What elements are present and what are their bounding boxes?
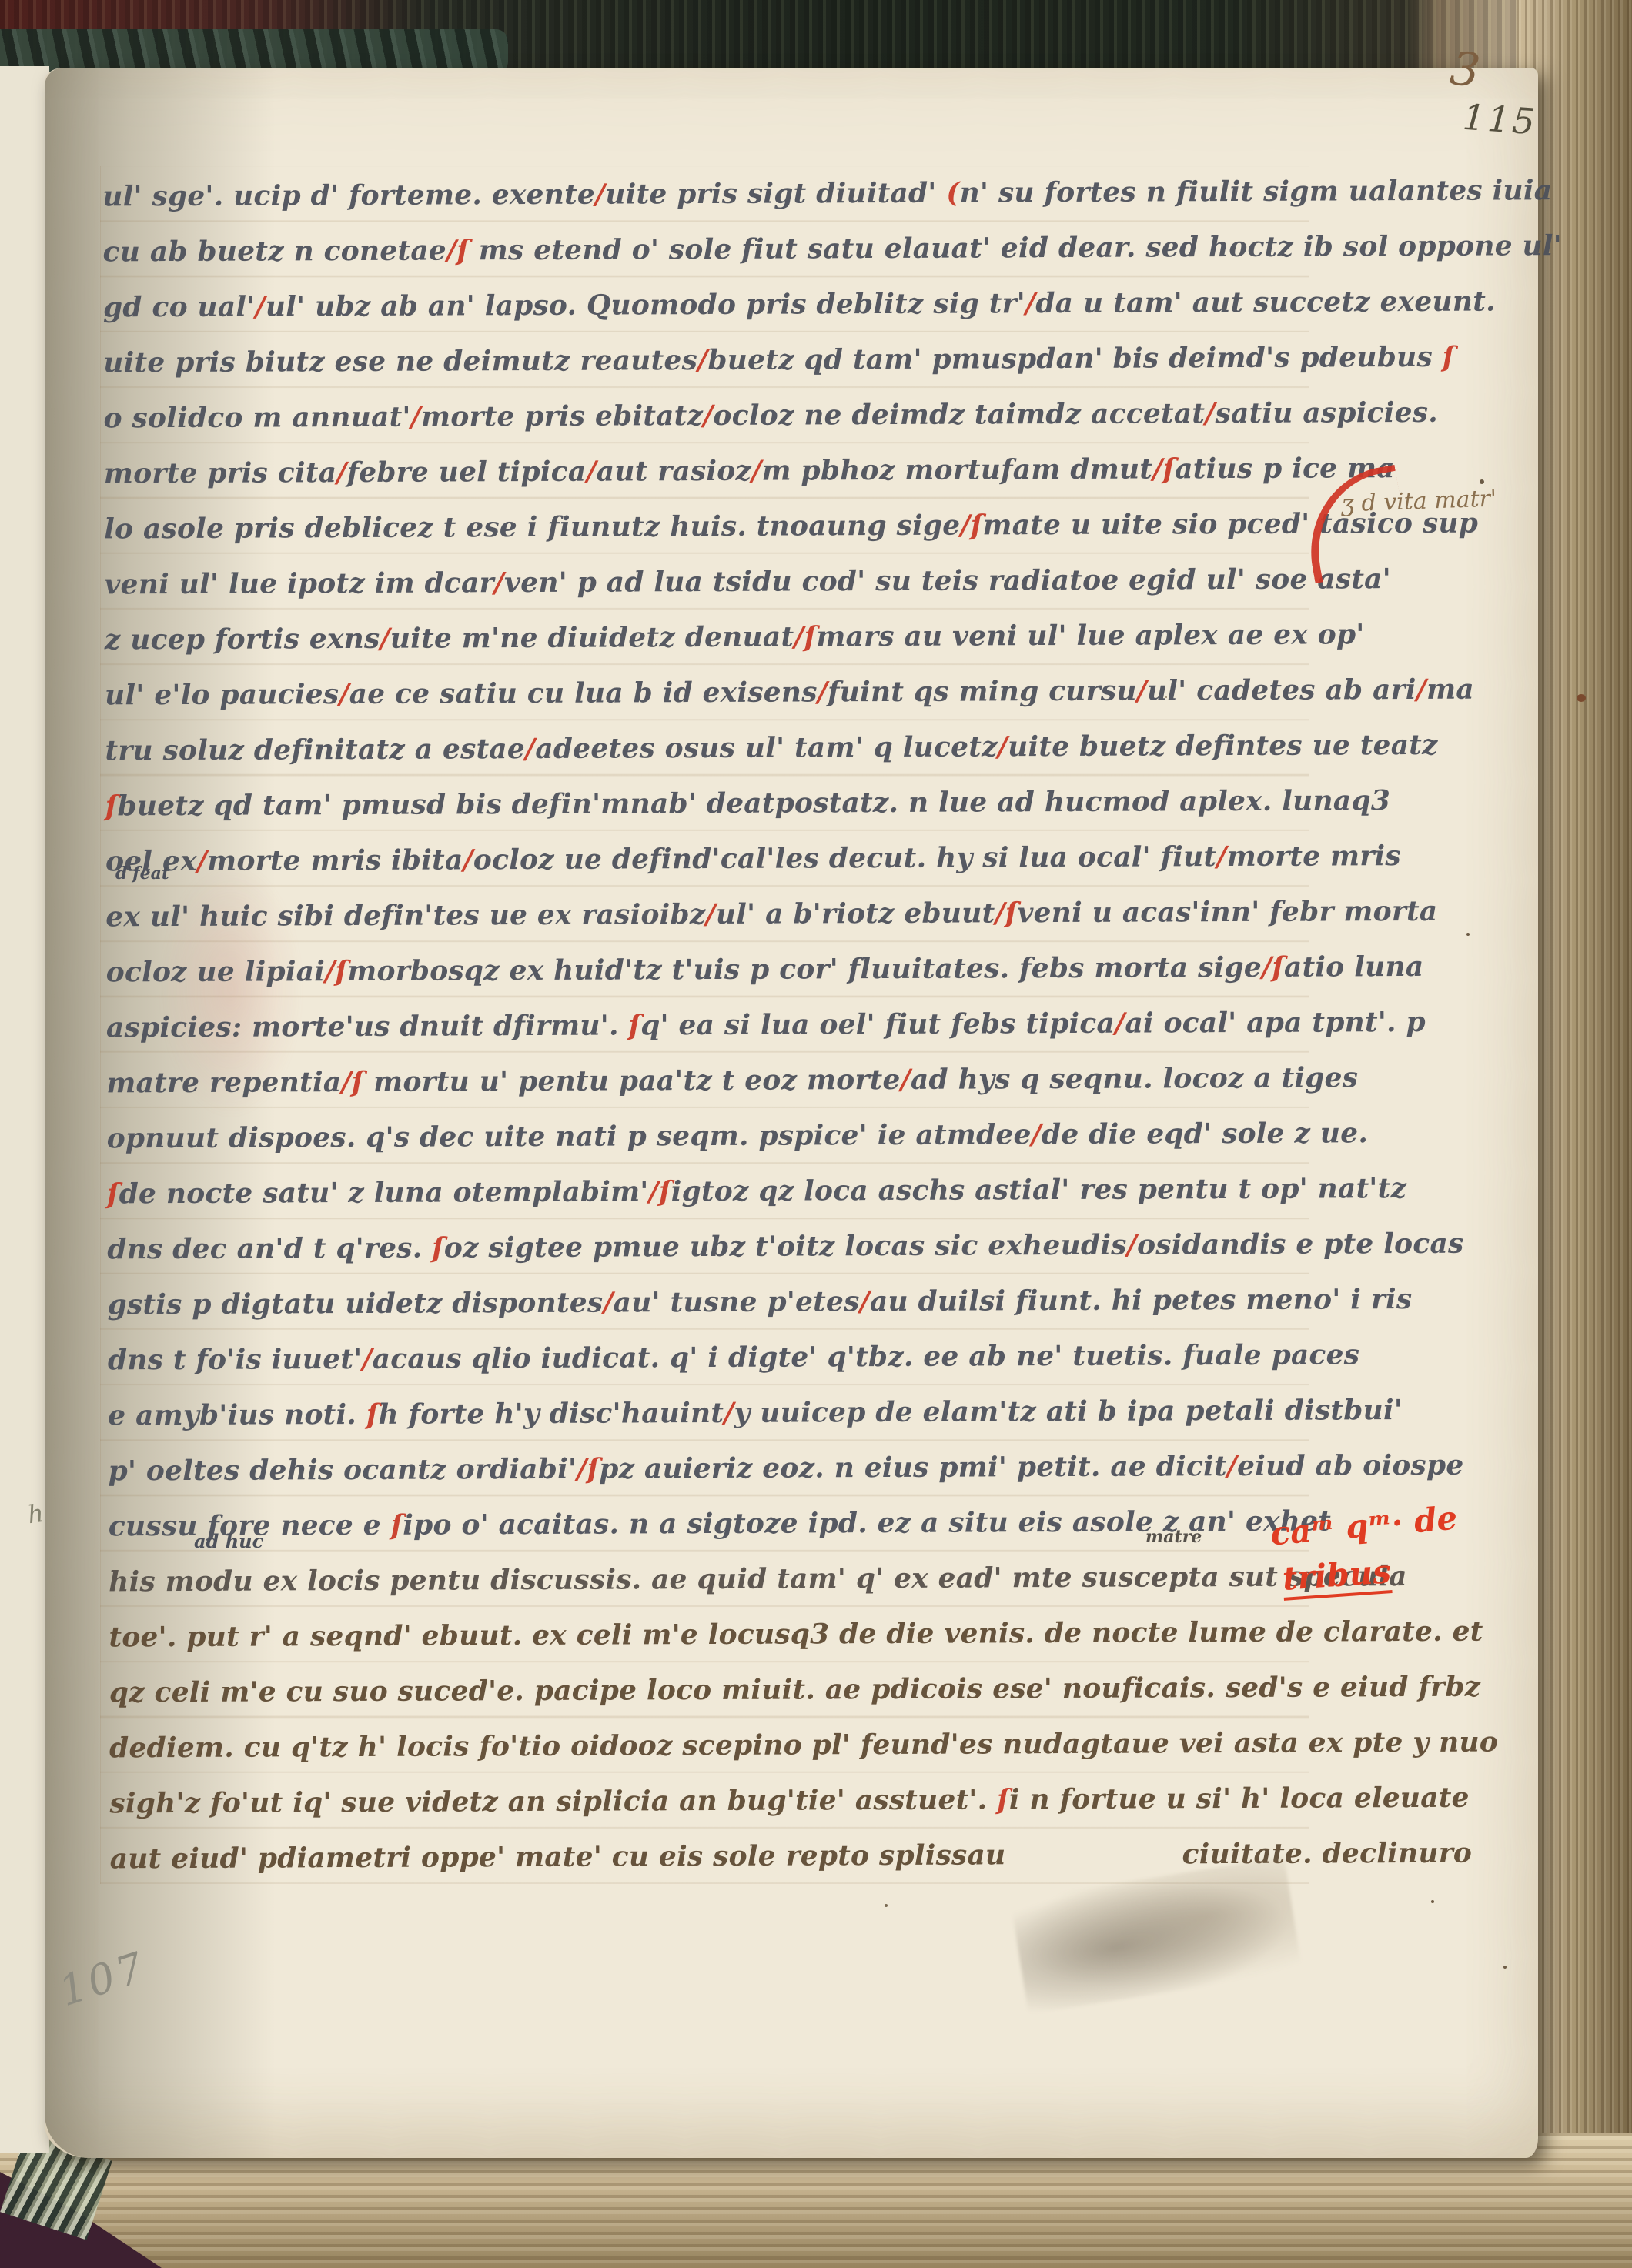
endband-weave bbox=[0, 29, 508, 72]
manuscript-line: uite pris biutz ese ne deimutz reautes/b… bbox=[103, 330, 1304, 391]
manuscript-line: cu ab buetz n conetae/ſ ms etend o' sole… bbox=[102, 219, 1303, 280]
manuscript-line: toe'. put r' a seqnd' ebuut. ex celi m'e… bbox=[109, 1605, 1309, 1665]
manuscript-line: gd co ual'/ul' ubz ab an' lapso. Quomodo… bbox=[103, 275, 1304, 336]
facing-page-edge bbox=[0, 66, 49, 2153]
margin-note-vita-matris: ʒ d vita matr' bbox=[1340, 485, 1497, 517]
folio-number-ink: 115 bbox=[1461, 96, 1538, 143]
manuscript-line: e amyb'ius noti. ſh forte h'y disc'hauin… bbox=[108, 1383, 1309, 1444]
manuscript-line: ſde nocte satu' z luna otemplabim'/ſigto… bbox=[107, 1161, 1308, 1222]
manuscript-line: z ucep fortis exns/uite m'ne diuidetz de… bbox=[105, 607, 1306, 668]
manuscript-line: o solidco m annuat'/morte pris ebitatz/o… bbox=[103, 386, 1304, 446]
manuscript-line: dediem. cu q'tz h' locis fo'tio oidooz s… bbox=[109, 1715, 1310, 1776]
manuscript-line: cussu fore nece e ſipo o' acaitas. n a s… bbox=[109, 1494, 1309, 1555]
manuscript-line: dns dec an'd t q'res. ſoz sigtee pmue ub… bbox=[107, 1217, 1308, 1278]
interlinear-note-adhuc: ad huc bbox=[194, 1530, 263, 1552]
wormhole-spot bbox=[1577, 694, 1586, 702]
manuscript-line: tru soluz definitatz a estae/adeetes osu… bbox=[105, 718, 1306, 779]
text-block: ul' sge'. ucip d' forteme. exente/uite p… bbox=[102, 164, 1311, 1887]
manuscript-line: veni ul' lue ipotz im dcar/ven' p ad lua… bbox=[104, 552, 1305, 613]
interlinear-correction-matre: matre bbox=[1145, 1527, 1202, 1547]
manuscript-line: lo asole pris deblicez t ese i fiunutz h… bbox=[104, 496, 1305, 557]
manuscript-line: oel ex/morte mris ibita/ocloz ue defind'… bbox=[105, 829, 1306, 890]
manuscript-line: ul' e'lo paucies/ae ce satiu cu lua b id… bbox=[105, 663, 1306, 723]
manuscript-photo: ul' sge'. ucip d' forteme. exente/uite p… bbox=[0, 0, 1632, 2268]
manuscript-line: sigh'z fo'ut iq' sue videtz an siplicia … bbox=[109, 1771, 1310, 1832]
manuscript-line: ocloz ue lipiai/ſmorbosqz ex huid'tz t'u… bbox=[106, 940, 1307, 1000]
manuscript-line: p' oeltes dehis ocantz ordiabi'/ſpz auie… bbox=[108, 1438, 1309, 1499]
manuscript-line: aspicies: morte'us dnuit dfirmu'. ſq' ea… bbox=[106, 995, 1307, 1056]
manuscript-line: matre repentia/ſ mortu u' pentu paa'tz t… bbox=[106, 1050, 1307, 1111]
manuscript-line: ul' sge'. ucip d' forteme. exente/uite p… bbox=[102, 164, 1303, 225]
manuscript-line: ex ul' huic sibi defin'tes ue ex rasioib… bbox=[105, 884, 1306, 945]
manuscript-line: his modu ex locis pentu discussis. ae qu… bbox=[109, 1549, 1309, 1610]
ink-specks bbox=[1480, 479, 1484, 484]
manuscript-line: qz celi m'e cu suo suced'e. pacipe loco … bbox=[109, 1660, 1310, 1721]
manuscript-line: dns t fo'is iuuet'/acaus qlio iudicat. q… bbox=[108, 1328, 1309, 1388]
manuscript-line: morte pris cita/febre uel tipica/aut ras… bbox=[104, 441, 1305, 502]
manuscript-line: ſbuetz qd tam' pmusd bis defin'mnab' dea… bbox=[105, 773, 1306, 834]
margin-chapter-rubric-line2: tribus bbox=[1281, 1552, 1392, 1601]
manuscript-line: opnuut dispoes. q's dec uite nati p seqm… bbox=[106, 1106, 1307, 1167]
manuscript-line: gstis p digtatu uidetz dispontes/au' tus… bbox=[107, 1272, 1308, 1333]
interlinear-gloss: d'feat bbox=[115, 863, 169, 883]
manuscript-line: aut eiud' pdiametri oppe' mate' cu eis s… bbox=[110, 1826, 1311, 1887]
